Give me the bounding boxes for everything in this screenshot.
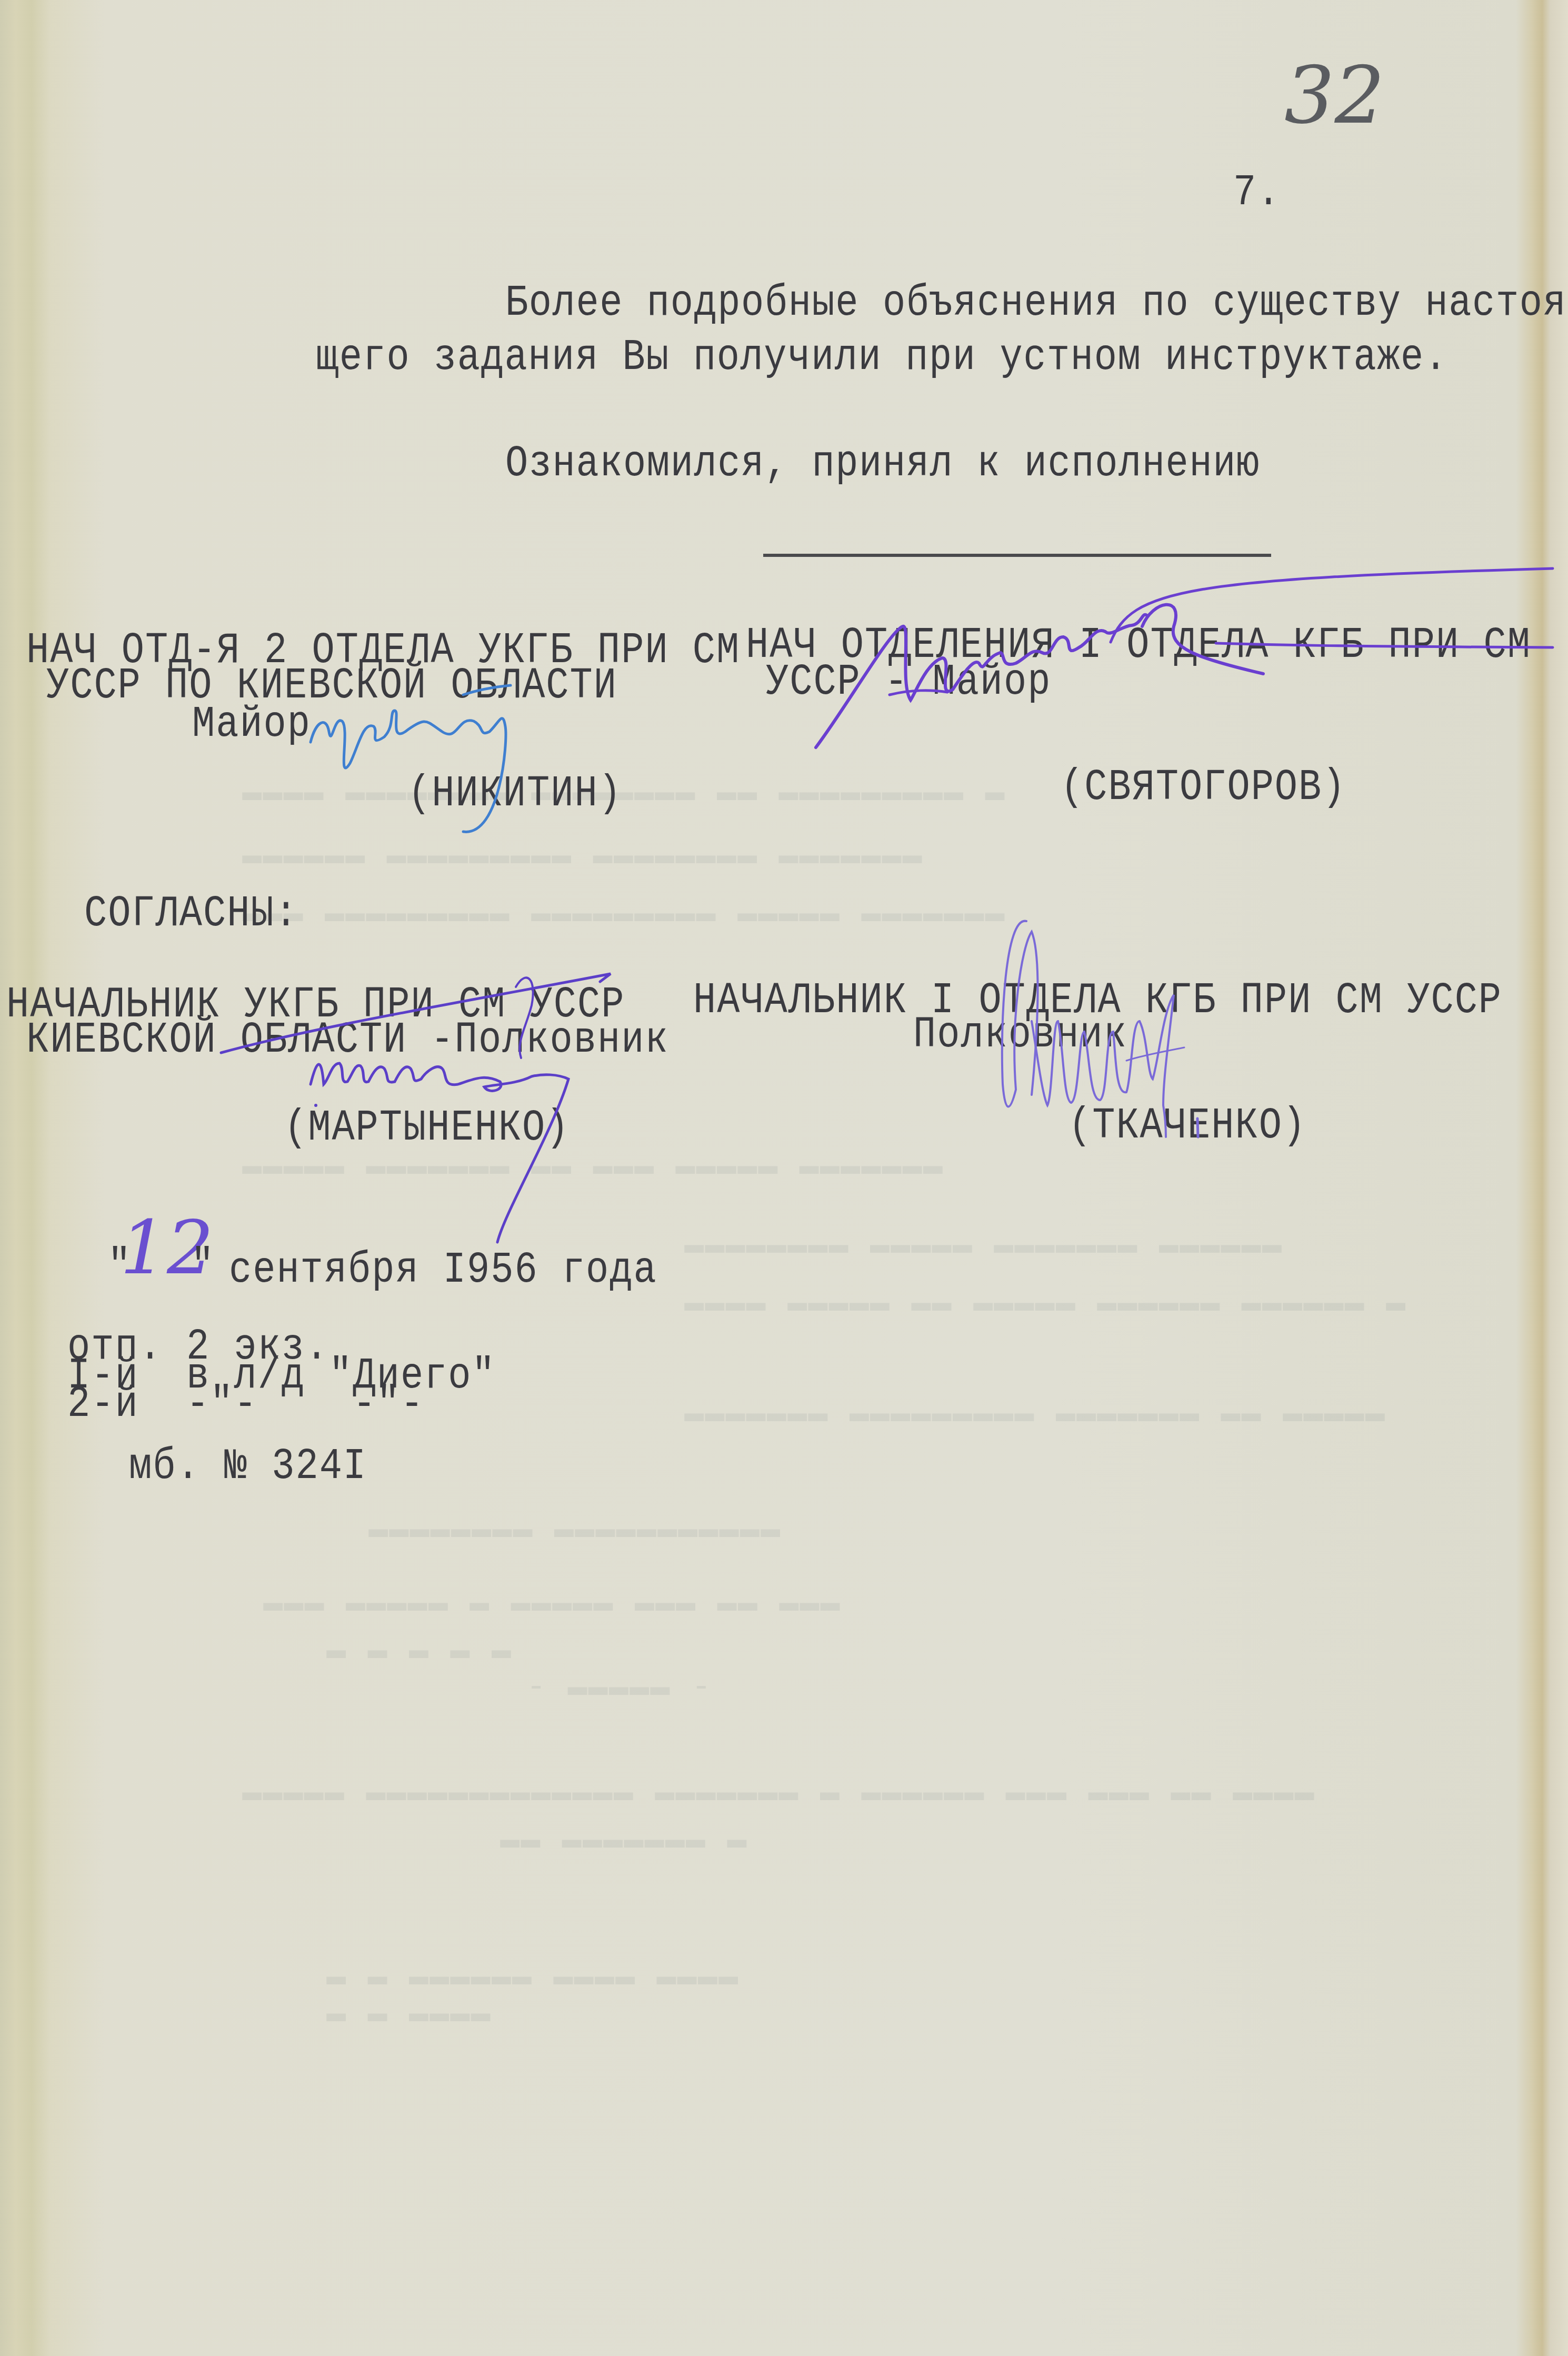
- distribution-line-3: 2-й -"- -"-: [67, 1383, 424, 1426]
- bleed-through-text: ▬ ▬ ▬ ▬ ▬: [326, 1632, 512, 1669]
- bleed-through-text: ▬ ▬ ▬▬▬▬▬▬ ▬▬▬▬ ▬▬▬▬: [326, 1958, 739, 1995]
- top-left-rank: Майор: [192, 703, 311, 746]
- date-rest: сентября I956 года: [229, 1249, 657, 1292]
- paragraph-line-2: щего задания Вы получили при устном инст…: [316, 336, 1448, 380]
- bleed-through-text: - ▬▬▬▬▬ -: [526, 1669, 712, 1706]
- bleed-through-text: ▬▬▬▬▬▬▬ ▬▬▬▬▬▬▬▬▬ ▬▬▬▬▬▬▬ ▬▬ ▬▬▬▬▬: [684, 1395, 1386, 1432]
- document-page: ▬▬▬▬ ▬▬▬▬▬▬▬▬ ▬▬▬▬▬▬▬▬ ▬▬ ▬▬▬▬▬▬▬▬▬ ▬ ▬▬…: [0, 0, 1568, 2356]
- paragraph-line-1: Более подробные объяснения по существу н…: [505, 282, 1568, 325]
- signature-nikitin-icon: [305, 679, 726, 853]
- bleed-through-text: ▬▬ ▬▬▬▬▬▬▬ ▬: [500, 1821, 747, 1859]
- reference-number: мб. № 324I: [129, 1445, 367, 1489]
- bleed-through-text: ▬▬▬ ▬▬▬▬▬ ▬ ▬▬▬▬▬ ▬▬▬ ▬▬ ▬▬▬: [263, 1584, 841, 1622]
- top-right-name: (СВЯТОГОРОВ): [1061, 766, 1346, 810]
- archive-sheet-number: 32: [1284, 50, 1385, 142]
- date-close-quote: ": [191, 1245, 215, 1289]
- bleed-through-text: ▬▬▬▬ ▬▬▬▬▬ ▬▬ ▬▬▬▬▬ ▬▬▬▬▬▬ ▬▬▬▬▬▬ ▬: [684, 1284, 1406, 1322]
- signature-line: [763, 554, 1271, 557]
- bleed-through-text: ▬▬▬▬▬ ▬▬▬▬▬▬▬▬▬▬▬▬▬ ▬▬▬▬▬▬▬ ▬ ▬▬▬▬▬▬ ▬▬▬…: [242, 1774, 1315, 1811]
- acknowledgement-text: Ознакомился, принял к исполнению: [505, 442, 1260, 486]
- bleed-through-text: ▬ ▬ ▬▬▬▬: [326, 1995, 492, 2032]
- page-number: 7.: [1233, 171, 1281, 215]
- signature-svyatogorov-icon: [805, 568, 1568, 758]
- bleed-through-text: ▬▬▬ ▬▬▬▬▬▬▬▬▬ ▬▬▬▬▬▬▬▬▬ ▬▬▬▬▬ ▬▬▬▬▬▬▬: [242, 895, 1006, 932]
- signature-tkachenko-icon: [974, 916, 1395, 1169]
- bleed-through-text: ▬▬▬▬▬▬▬▬ ▬▬▬▬▬ ▬▬▬▬▬▬▬ ▬▬▬▬▬▬: [684, 1226, 1283, 1264]
- signature-martynenko-icon: [211, 958, 642, 1253]
- bleed-through-text: ▬▬▬▬▬▬▬▬ ▬▬▬▬▬▬▬▬▬▬▬: [368, 1511, 781, 1548]
- agreed-label: СОГЛАСНЫ:: [84, 892, 298, 936]
